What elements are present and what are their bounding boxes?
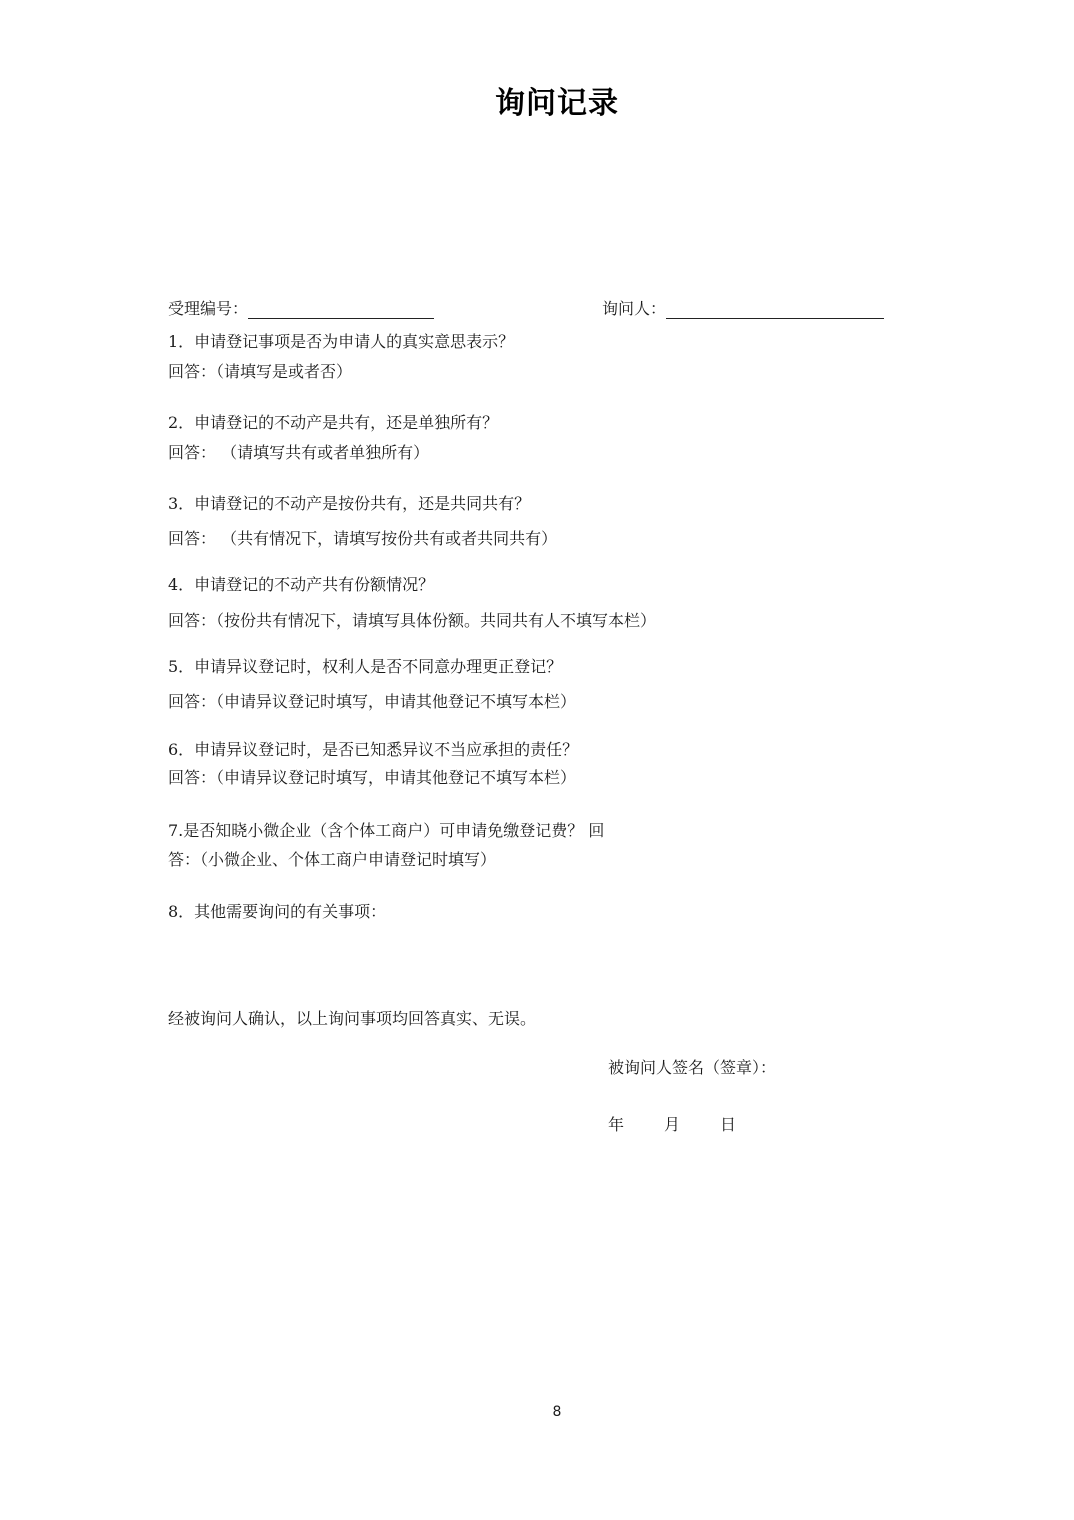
header-fields: 受理编号： 询问人： <box>168 296 898 318</box>
question-8: 8．其他需要询问的有关事项： <box>168 902 386 922</box>
inquirer-field: 询问人： <box>602 296 884 319</box>
inquirer-label: 询问人： <box>602 296 666 319</box>
answer-4: 回答：（按份共有情况下，请填写具体份额。共同共有人不填写本栏） <box>168 611 656 631</box>
date-day: 日 <box>720 1112 776 1135</box>
acceptance-number-field: 受理编号： <box>168 296 434 319</box>
signature-label: 被询问人签名（签章）： <box>608 1055 776 1078</box>
question-5: 5．申请异议登记时，权利人是否不同意办理更正登记？ <box>168 657 562 677</box>
acceptance-number-blank[interactable] <box>248 300 434 319</box>
acceptance-number-label: 受理编号： <box>168 296 248 319</box>
date-year: 年 <box>608 1112 664 1135</box>
question-7: 7.是否知晓小微企业（含个体工商户）可申请免缴登记费？ 回 <box>168 821 604 841</box>
document-title: 询问记录 <box>0 78 1074 122</box>
question-4: 4．申请登记的不动产共有份额情况？ <box>168 575 434 595</box>
confirmation-statement: 经被询问人确认，以上询问事项均回答真实、无误。 <box>168 1009 536 1029</box>
answer-5: 回答：（申请异议登记时填写，申请其他登记不填写本栏） <box>168 692 576 712</box>
answer-6: 回答：（申请异议登记时填写，申请其他登记不填写本栏） <box>168 768 576 788</box>
answer-7: 答：（小微企业、个体工商户申请登记时填写） <box>168 850 496 870</box>
answer-2: 回答： （请填写共有或者单独所有） <box>168 443 429 463</box>
signature-date: 年月日 <box>608 1112 776 1135</box>
question-3: 3．申请登记的不动产是按份共有，还是共同共有？ <box>168 494 530 514</box>
date-month: 月 <box>664 1112 720 1135</box>
page-number: 8 <box>0 1404 1074 1420</box>
answer-1: 回答：（请填写是或者否） <box>168 362 352 382</box>
question-6: 6．申请异议登记时，是否已知悉异议不当应承担的责任？ <box>168 740 578 760</box>
question-2: 2．申请登记的不动产是共有，还是单独所有？ <box>168 413 498 433</box>
question-1: 1．申请登记事项是否为申请人的真实意思表示？ <box>168 332 514 352</box>
inquirer-blank[interactable] <box>666 300 884 319</box>
answer-3: 回答： （共有情况下，请填写按份共有或者共同共有） <box>168 529 557 549</box>
